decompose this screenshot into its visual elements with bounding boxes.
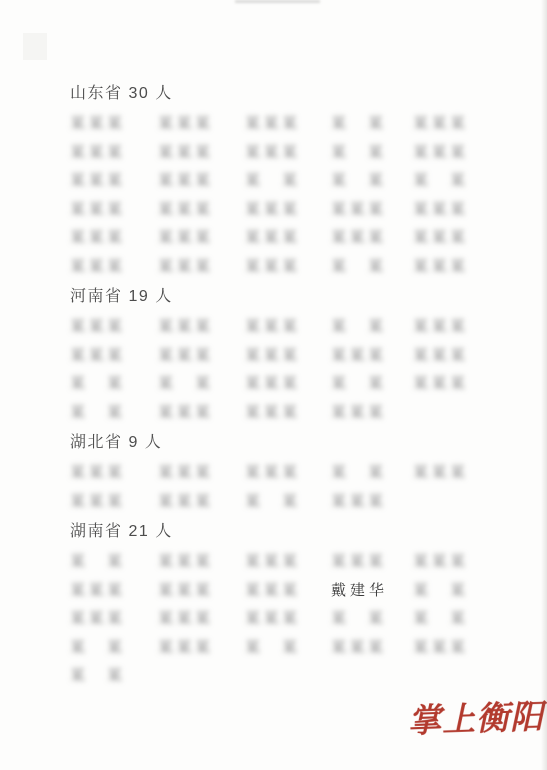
- name-cell: 某 某: [331, 144, 413, 173]
- province-section: 河南省 19 人某某某某某某某某某某 某某某某某某某某某某某某某某某某某某某某 …: [70, 288, 540, 432]
- name-cell: 某某某: [245, 375, 331, 404]
- scan-edge-shadow: [541, 0, 547, 770]
- name-cell: 某 某: [331, 172, 413, 201]
- name-cell: 某某某: [413, 639, 540, 668]
- name-cell: 某某某: [158, 318, 245, 347]
- name-cell: 某某某: [70, 144, 158, 173]
- name-cell: [413, 493, 540, 522]
- name-cell: [331, 667, 413, 696]
- name-cell: 某某某: [158, 258, 245, 287]
- province-header: 山东省 30 人: [70, 85, 540, 103]
- name-cell: 某某某: [331, 229, 413, 258]
- name-cell: 某某某: [158, 229, 245, 258]
- name-cell: 某 某: [70, 404, 158, 433]
- name-cell: 某某某: [331, 404, 413, 433]
- name-cell: 某某某: [413, 318, 540, 347]
- name-cell: 某某某: [413, 229, 540, 258]
- name-cell: 某某某: [413, 464, 540, 493]
- name-cell: 某某某: [158, 201, 245, 230]
- name-cell: 某某某: [158, 115, 245, 144]
- name-cell: 某某某: [158, 639, 245, 668]
- name-cell: 某某某: [413, 201, 540, 230]
- name-cell: [413, 667, 540, 696]
- name-cell: 某某某: [70, 115, 158, 144]
- province-header: 湖北省 9 人: [70, 434, 540, 452]
- name-cell: 某某某: [158, 404, 245, 433]
- name-cell: 某 某: [245, 639, 331, 668]
- name-cell: 某某某: [158, 347, 245, 376]
- name-cell: [158, 667, 245, 696]
- name-cell: 某某某: [413, 553, 540, 582]
- scan-top-smudge: [235, 0, 320, 3]
- name-cell: 某 某: [331, 318, 413, 347]
- name-cell: 某某某: [331, 493, 413, 522]
- name-cell: 某某某: [245, 610, 331, 639]
- name-cell: 某某某: [158, 144, 245, 173]
- name-cell: 某某某: [245, 201, 331, 230]
- name-cell: 某某某: [413, 258, 540, 287]
- name-cell: 某某某: [331, 347, 413, 376]
- name-cell: 某某某: [70, 318, 158, 347]
- name-cell: 某 某: [158, 375, 245, 404]
- name-cell: 某 某: [70, 553, 158, 582]
- name-cell: 某某某: [70, 172, 158, 201]
- name-cell: 某某某: [245, 553, 331, 582]
- name-cell: 某某某: [70, 201, 158, 230]
- name-cell: 某某某: [70, 610, 158, 639]
- province-section: 湖南省 21 人某 某某某某某某某某某某某某某某某某某某某某某某戴建华某 某某某…: [70, 523, 540, 696]
- name-cell: [245, 667, 331, 696]
- name-cell: 某 某: [70, 375, 158, 404]
- name-cell: 某某某: [245, 318, 331, 347]
- province-header: 湖南省 21 人: [70, 523, 540, 541]
- name-grid: 某某某某某某某某某某 某某某某某某某某某某某某某某 某某某某某某某某某某某 某某…: [70, 115, 540, 286]
- name-cell: 某 某: [331, 610, 413, 639]
- name-cell: 某某某: [158, 493, 245, 522]
- name-cell: [413, 404, 540, 433]
- name-cell: 某某某: [331, 639, 413, 668]
- name-cell: 某某某: [413, 375, 540, 404]
- name-cell: 某 某: [413, 610, 540, 639]
- name-cell: 某某某: [158, 172, 245, 201]
- name-cell: 某某某: [413, 144, 540, 173]
- scan-corner-artifact: [23, 33, 47, 60]
- name-cell: 某某某: [70, 229, 158, 258]
- name-cell: 某 某: [413, 172, 540, 201]
- name-cell: 某某某: [331, 553, 413, 582]
- name-cell: 某某某: [245, 582, 331, 611]
- name-cell: 某某某: [70, 582, 158, 611]
- document-page: 山东省 30 人某某某某某某某某某某 某某某某某某某某某某某某某某 某某某某某某…: [0, 0, 547, 770]
- name-cell: 某 某: [331, 375, 413, 404]
- name-cell: 某某某: [158, 553, 245, 582]
- name-cell: 某某某: [70, 258, 158, 287]
- name-cell: 某 某: [245, 493, 331, 522]
- province-name-list: 山东省 30 人某某某某某某某某某某 某某某某某某某某某某某某某某 某某某某某某…: [70, 85, 540, 698]
- name-cell: 戴建华: [331, 582, 413, 611]
- name-cell: 某某某: [158, 610, 245, 639]
- name-grid: 某某某某某某某某某某 某某某某某某某某某某某 某某某某: [70, 464, 540, 521]
- name-cell: 某某某: [413, 115, 540, 144]
- name-cell: 某 某: [331, 115, 413, 144]
- name-cell: 某某某: [245, 404, 331, 433]
- name-cell: 某某某: [158, 582, 245, 611]
- name-cell: 某 某: [413, 582, 540, 611]
- name-cell: 某 某: [70, 667, 158, 696]
- name-cell: 某某某: [70, 464, 158, 493]
- name-cell: 某某某: [245, 347, 331, 376]
- name-cell: 某某某: [245, 258, 331, 287]
- name-cell: 某 某: [70, 639, 158, 668]
- province-header: 河南省 19 人: [70, 288, 540, 306]
- name-cell: 某某某: [413, 347, 540, 376]
- name-grid: 某 某某某某某某某某某某某某某某某某某某某某某某戴建华某 某某某某某某某某某某某…: [70, 553, 540, 696]
- name-cell: 某某某: [158, 464, 245, 493]
- name-cell: 某 某: [331, 464, 413, 493]
- province-section: 山东省 30 人某某某某某某某某某某 某某某某某某某某某某某某某某 某某某某某某…: [70, 85, 540, 286]
- province-section: 湖北省 9 人某某某某某某某某某某 某某某某某某某某某某某 某某某某: [70, 434, 540, 521]
- name-cell: 某 某: [331, 258, 413, 287]
- name-cell: 某某某: [331, 201, 413, 230]
- name-cell: 某某某: [245, 115, 331, 144]
- name-cell: 某某某: [245, 229, 331, 258]
- name-cell: 某 某: [245, 172, 331, 201]
- zhangshang-hengyang-watermark: 掌上衡阳: [407, 695, 544, 744]
- name-cell: 某某某: [245, 144, 331, 173]
- name-cell: 某某某: [70, 347, 158, 376]
- name-cell: 某某某: [245, 464, 331, 493]
- name-grid: 某某某某某某某某某某 某某某某某某某某某某某某某某某某某某某某 某某 某某某某某…: [70, 318, 540, 432]
- name-cell: 某某某: [70, 493, 158, 522]
